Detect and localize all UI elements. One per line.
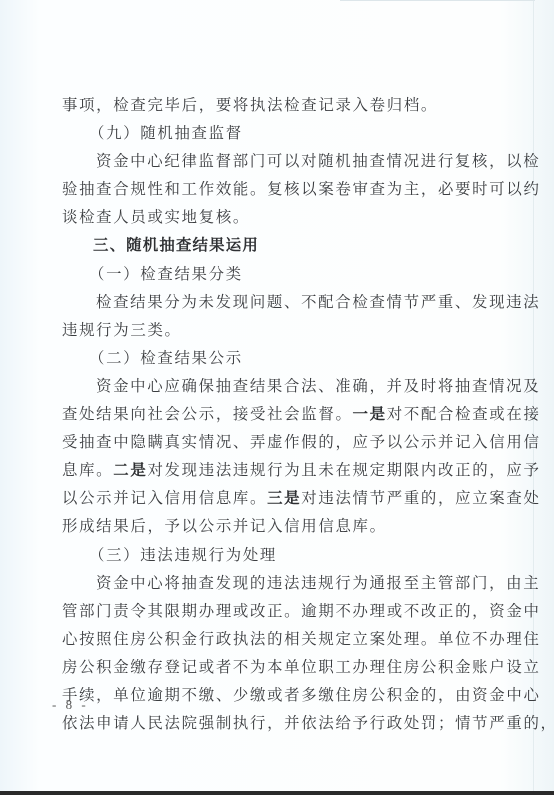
emphasis-third: 三是: [267, 489, 301, 507]
paragraph-line: 息库。二是对发现违法违规行为且未在规定期限内改正的，应予: [62, 456, 482, 484]
paragraph-line: 形成结果后，予以公示并记入信用信息库。: [62, 512, 482, 540]
paragraph-line: 手续，单位逾期不缴、少缴或者多缴住房公积金的，由资金中心: [62, 681, 482, 709]
page-edge-top: [340, 0, 535, 1]
page-number: - 8 -: [52, 697, 89, 713]
subheading-1-result-classification: （一）检查结果分类: [62, 260, 482, 288]
document-body: 事项，检查完毕后，要将执法检查记录入卷归档。 （九）随机抽查监督 资金中心纪律监…: [62, 91, 482, 737]
subheading-9-random-check-supervision: （九）随机抽查监督: [62, 119, 482, 147]
paragraph-line: 以公示并记入信用信息库。三是对违法情节严重的，应立案查处: [62, 484, 482, 512]
paragraph-line: 受抽查中隐瞒真实情况、弄虚作假的，应予以公示并记入信用信: [62, 428, 482, 456]
paragraph-line: 心按照住房公积金行政执法的相关规定立案处理。单位不办理住: [62, 625, 482, 653]
paragraph-line: 资金中心将抽查发现的违法违规行为通报至主管部门，由主: [62, 569, 482, 597]
paragraph-line: 验抽查合规性和工作效能。复核以案卷审查为主，必要时可以约: [62, 175, 482, 203]
paragraph-line: 资金中心纪律监督部门可以对随机抽查情况进行复核，以检: [62, 147, 482, 175]
emphasis-second: 二是: [113, 461, 147, 479]
paragraph-line: 违规行为三类。: [62, 316, 482, 344]
paragraph-line: 资金中心应确保抽查结果合法、准确，并及时将抽查情况及: [62, 372, 482, 400]
section-heading-3: 三、随机抽查结果运用: [62, 231, 482, 259]
scan-border-bottom: [0, 791, 554, 795]
text-run: 对发现违法违规行为且未在规定期限内改正的，应予: [147, 461, 540, 479]
text-run: 对不配合检查或在接: [387, 405, 541, 423]
subheading-2-result-publicity: （二）检查结果公示: [62, 344, 482, 372]
text-run: 息库。: [62, 461, 113, 479]
paragraph-continuation: 事项，检查完毕后，要将执法检查记录入卷归档。: [62, 91, 482, 119]
paragraph-line: 谈检查人员或实地复核。: [62, 203, 482, 231]
paragraph-line: 查处结果向社会公示，接受社会监督。一是对不配合检查或在接: [62, 400, 482, 428]
text-run: 对违法情节严重的，应立案查处: [301, 489, 540, 507]
paragraph-line: 房公积金缴存登记或者不为本单位职工办理住房公积金账户设立: [62, 653, 482, 681]
paragraph-line: 检查结果分为未发现问题、不配合检查情节严重、发现违法: [62, 288, 482, 316]
text-run: 以公示并记入信用信息库。: [62, 489, 267, 507]
emphasis-first: 一是: [353, 405, 387, 423]
paragraph-line: 管部门责令其限期办理或改正。逾期不办理或不改正的，资金中: [62, 597, 482, 625]
document-page: 事项，检查完毕后，要将执法检查记录入卷归档。 （九）随机抽查监督 资金中心纪律监…: [0, 0, 554, 795]
subheading-3-violation-handling: （三）违法违规行为处理: [62, 541, 482, 569]
text-run: 查处结果向社会公示，接受社会监督。: [62, 405, 353, 423]
paragraph-line: 依法申请人民法院强制执行，并依法给予行政处罚；情节严重的，: [62, 709, 482, 737]
